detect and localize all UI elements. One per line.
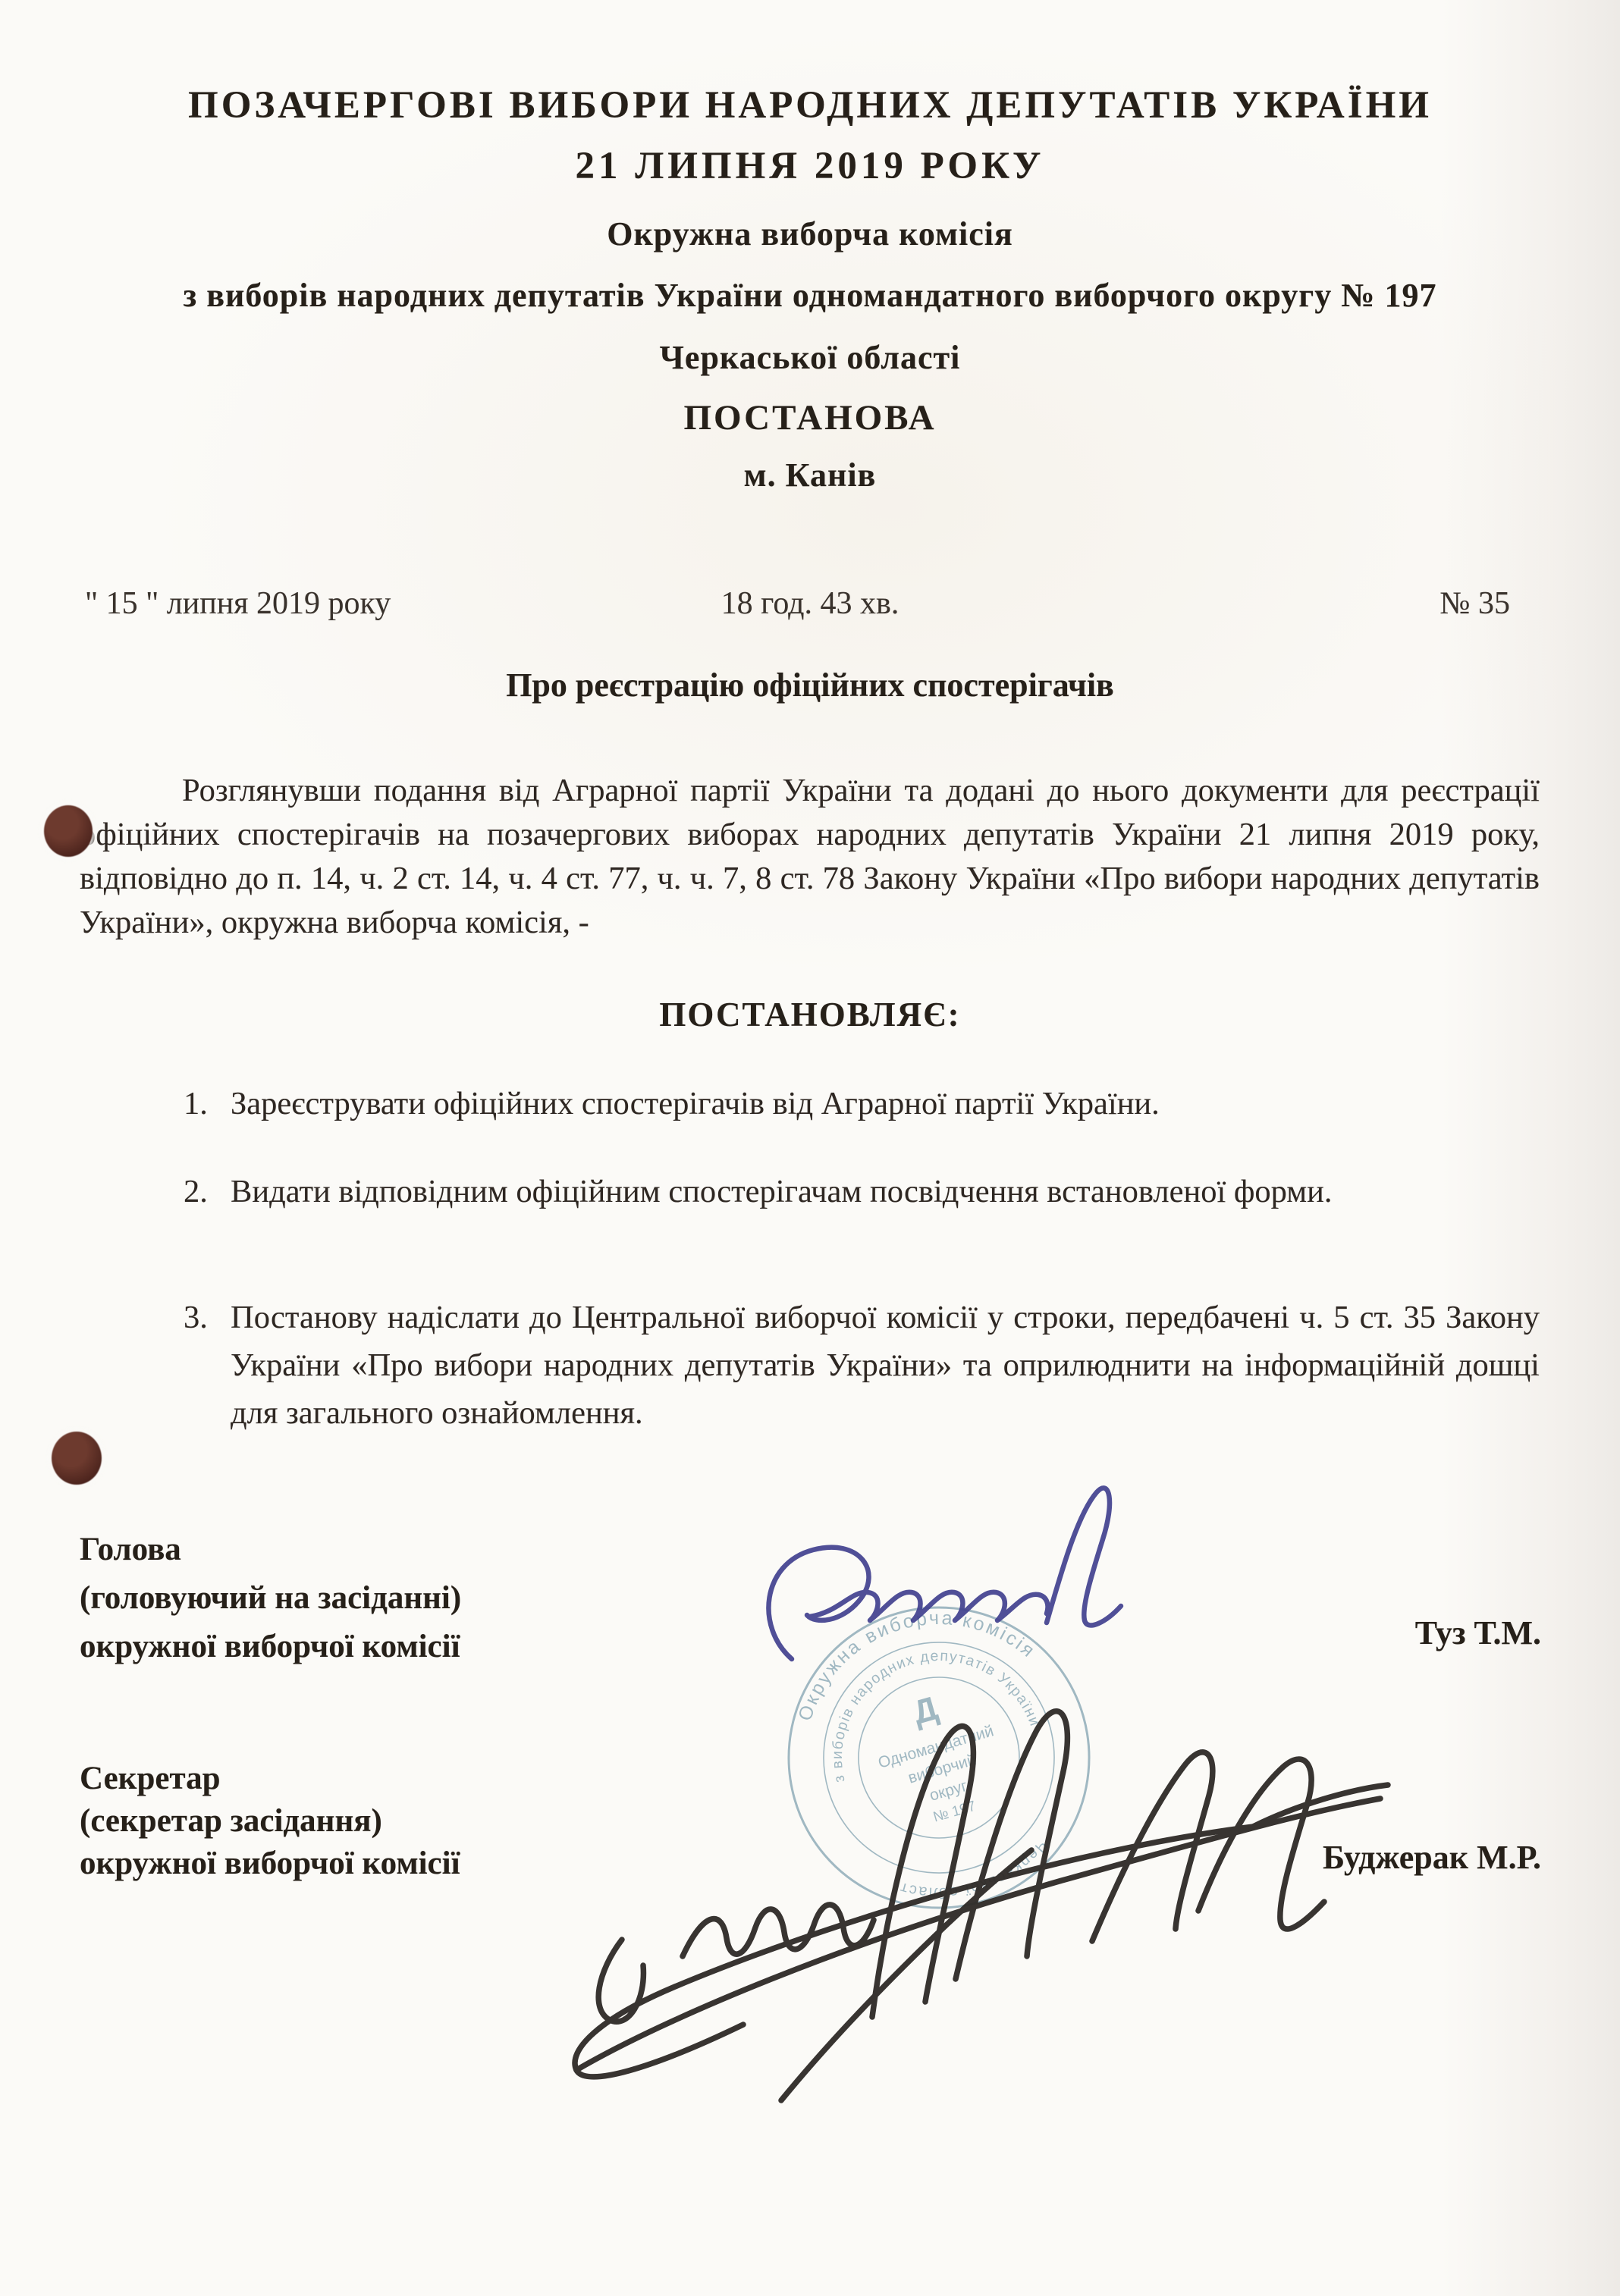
item-text: Постанову надіслати до Центральної вибор… xyxy=(184,1294,1540,1437)
document-city: м. Канів xyxy=(0,456,1620,494)
secretary-signature-ink xyxy=(531,1623,1411,2108)
commission-name-line1: Окружна виборча комісія xyxy=(0,215,1620,253)
hole-punch-mark xyxy=(44,805,93,857)
resolution-item: 2. Видати відповідним офіційним спостері… xyxy=(184,1168,1540,1215)
resolves-heading: ПОСТАНОВЛЯЄ: xyxy=(0,995,1620,1034)
item-number: 2. xyxy=(184,1168,208,1215)
secretary-role-line: Секретар xyxy=(80,1758,460,1800)
document-type-heading: ПОСТАНОВА xyxy=(0,397,1620,438)
document-title-line1: ПОЗАЧЕРГОВІ ВИБОРИ НАРОДНИХ ДЕПУТАТІВ УК… xyxy=(0,83,1620,127)
document-title-line2: 21 ЛИПНЯ 2019 РОКУ xyxy=(0,144,1620,188)
resolution-item: 3. Постанову надіслати до Центральної ви… xyxy=(184,1294,1540,1437)
document-time: 18 год. 43 хв. xyxy=(0,585,1620,622)
secretary-role-line: окружної виборчої комісії xyxy=(80,1843,460,1885)
secretary-role-line: (секретар засідання) xyxy=(80,1800,460,1843)
scanned-document-page: ПОЗАЧЕРГОВІ ВИБОРИ НАРОДНИХ ДЕПУТАТІВ УК… xyxy=(0,0,1620,2296)
commission-name-line2: з виборів народних депутатів України одн… xyxy=(0,276,1620,315)
document-subject: Про реєстрацію офіційних спостерігачів xyxy=(0,666,1620,704)
hole-punch-mark xyxy=(52,1432,102,1485)
document-number: № 35 xyxy=(1439,585,1510,622)
item-text: Видати відповідним офіційним спостерігач… xyxy=(184,1168,1540,1215)
head-role-line: Голова xyxy=(80,1526,461,1574)
preamble-paragraph: Розглянувши подання від Аграрної партії … xyxy=(80,769,1540,945)
secretary-role-block: Секретар (секретар засідання) окружної в… xyxy=(80,1758,460,1885)
item-text: Зареєструвати офіційних спостерігачів ві… xyxy=(184,1080,1540,1128)
head-name: Туз Т.М. xyxy=(1415,1614,1541,1652)
head-role-line: окружної виборчої комісії xyxy=(80,1623,461,1671)
head-role-line: (головуючий на засіданні) xyxy=(80,1574,461,1623)
commission-name-line3: Черкаської області xyxy=(0,338,1620,377)
item-number: 3. xyxy=(184,1294,208,1341)
head-role-block: Голова (головуючий на засіданні) окружно… xyxy=(80,1526,461,1671)
resolution-item: 1. Зареєструвати офіційних спостерігачів… xyxy=(184,1080,1540,1128)
item-number: 1. xyxy=(184,1080,208,1128)
